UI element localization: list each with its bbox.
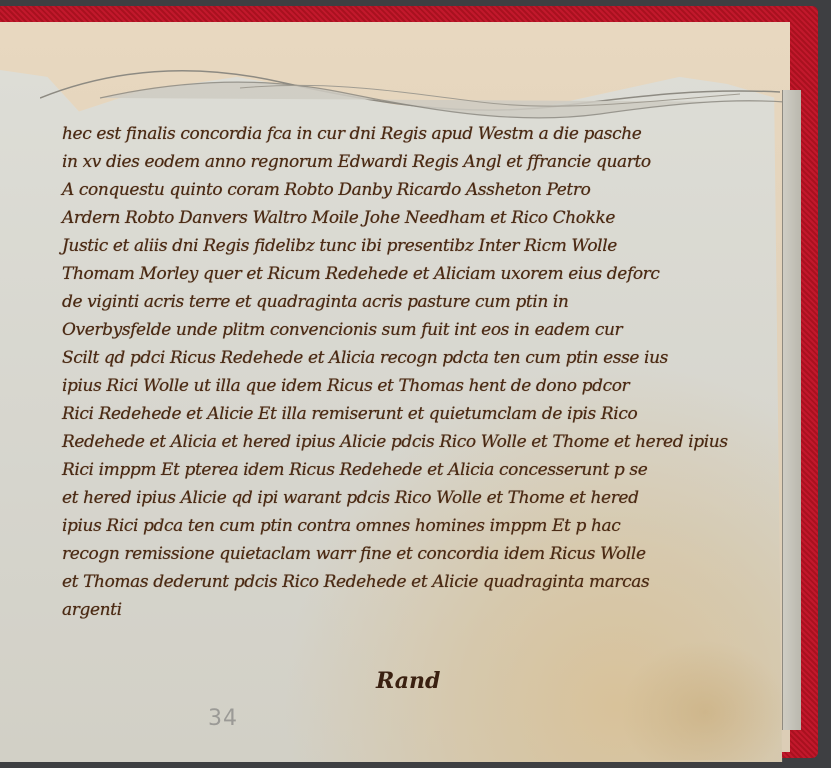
text-line: Overbysfelde unde plitm convencionis sum… [62,320,622,340]
text-line: Redehede et Alicia et hered ipius Alicie… [62,432,728,452]
text-line: Justic et aliis dni Regis fidelibz tunc … [62,236,617,256]
scribe-signature: Rand [376,668,440,694]
text-line: et Thomas dederunt pdcis Rico Redehede e… [62,572,649,592]
text-line: A conquestu quinto coram Robto Danby Ric… [62,180,590,200]
text-line: in xv dies eodem anno regnorum Edwardi R… [62,152,651,172]
text-line: Thomam Morley quer et Ricum Redehede et … [62,264,660,284]
text-line: Ardern Robto Danvers Waltro Moile Johe N… [62,208,615,228]
pencil-folio-number: 34 [208,706,238,731]
text-line: Rici imppm Et pterea idem Ricus Redehede… [62,460,647,480]
text-line: ipius Rici Wolle ut illa que idem Ricus … [62,376,629,396]
text-line: recogn remissione quietaclam warr fine e… [62,544,646,564]
folded-top-edge [40,58,790,128]
text-line: et hered ipius Alicie qd ipi warant pdci… [62,488,639,508]
text-line: Rici Redehede et Alicie Et illa remiseru… [62,404,637,424]
text-line: hec est finalis concordia fca in cur dni… [62,124,641,144]
text-line: ipius Rici pdca ten cum ptin contra omne… [62,516,620,536]
text-line: argenti [62,600,122,620]
water-stain [620,640,790,760]
text-line: Scilt qd pdci Ricus Redehede et Alicia r… [62,348,668,368]
text-line: de viginti acris terre et quadraginta ac… [62,292,568,312]
folded-right-margin [782,90,801,730]
